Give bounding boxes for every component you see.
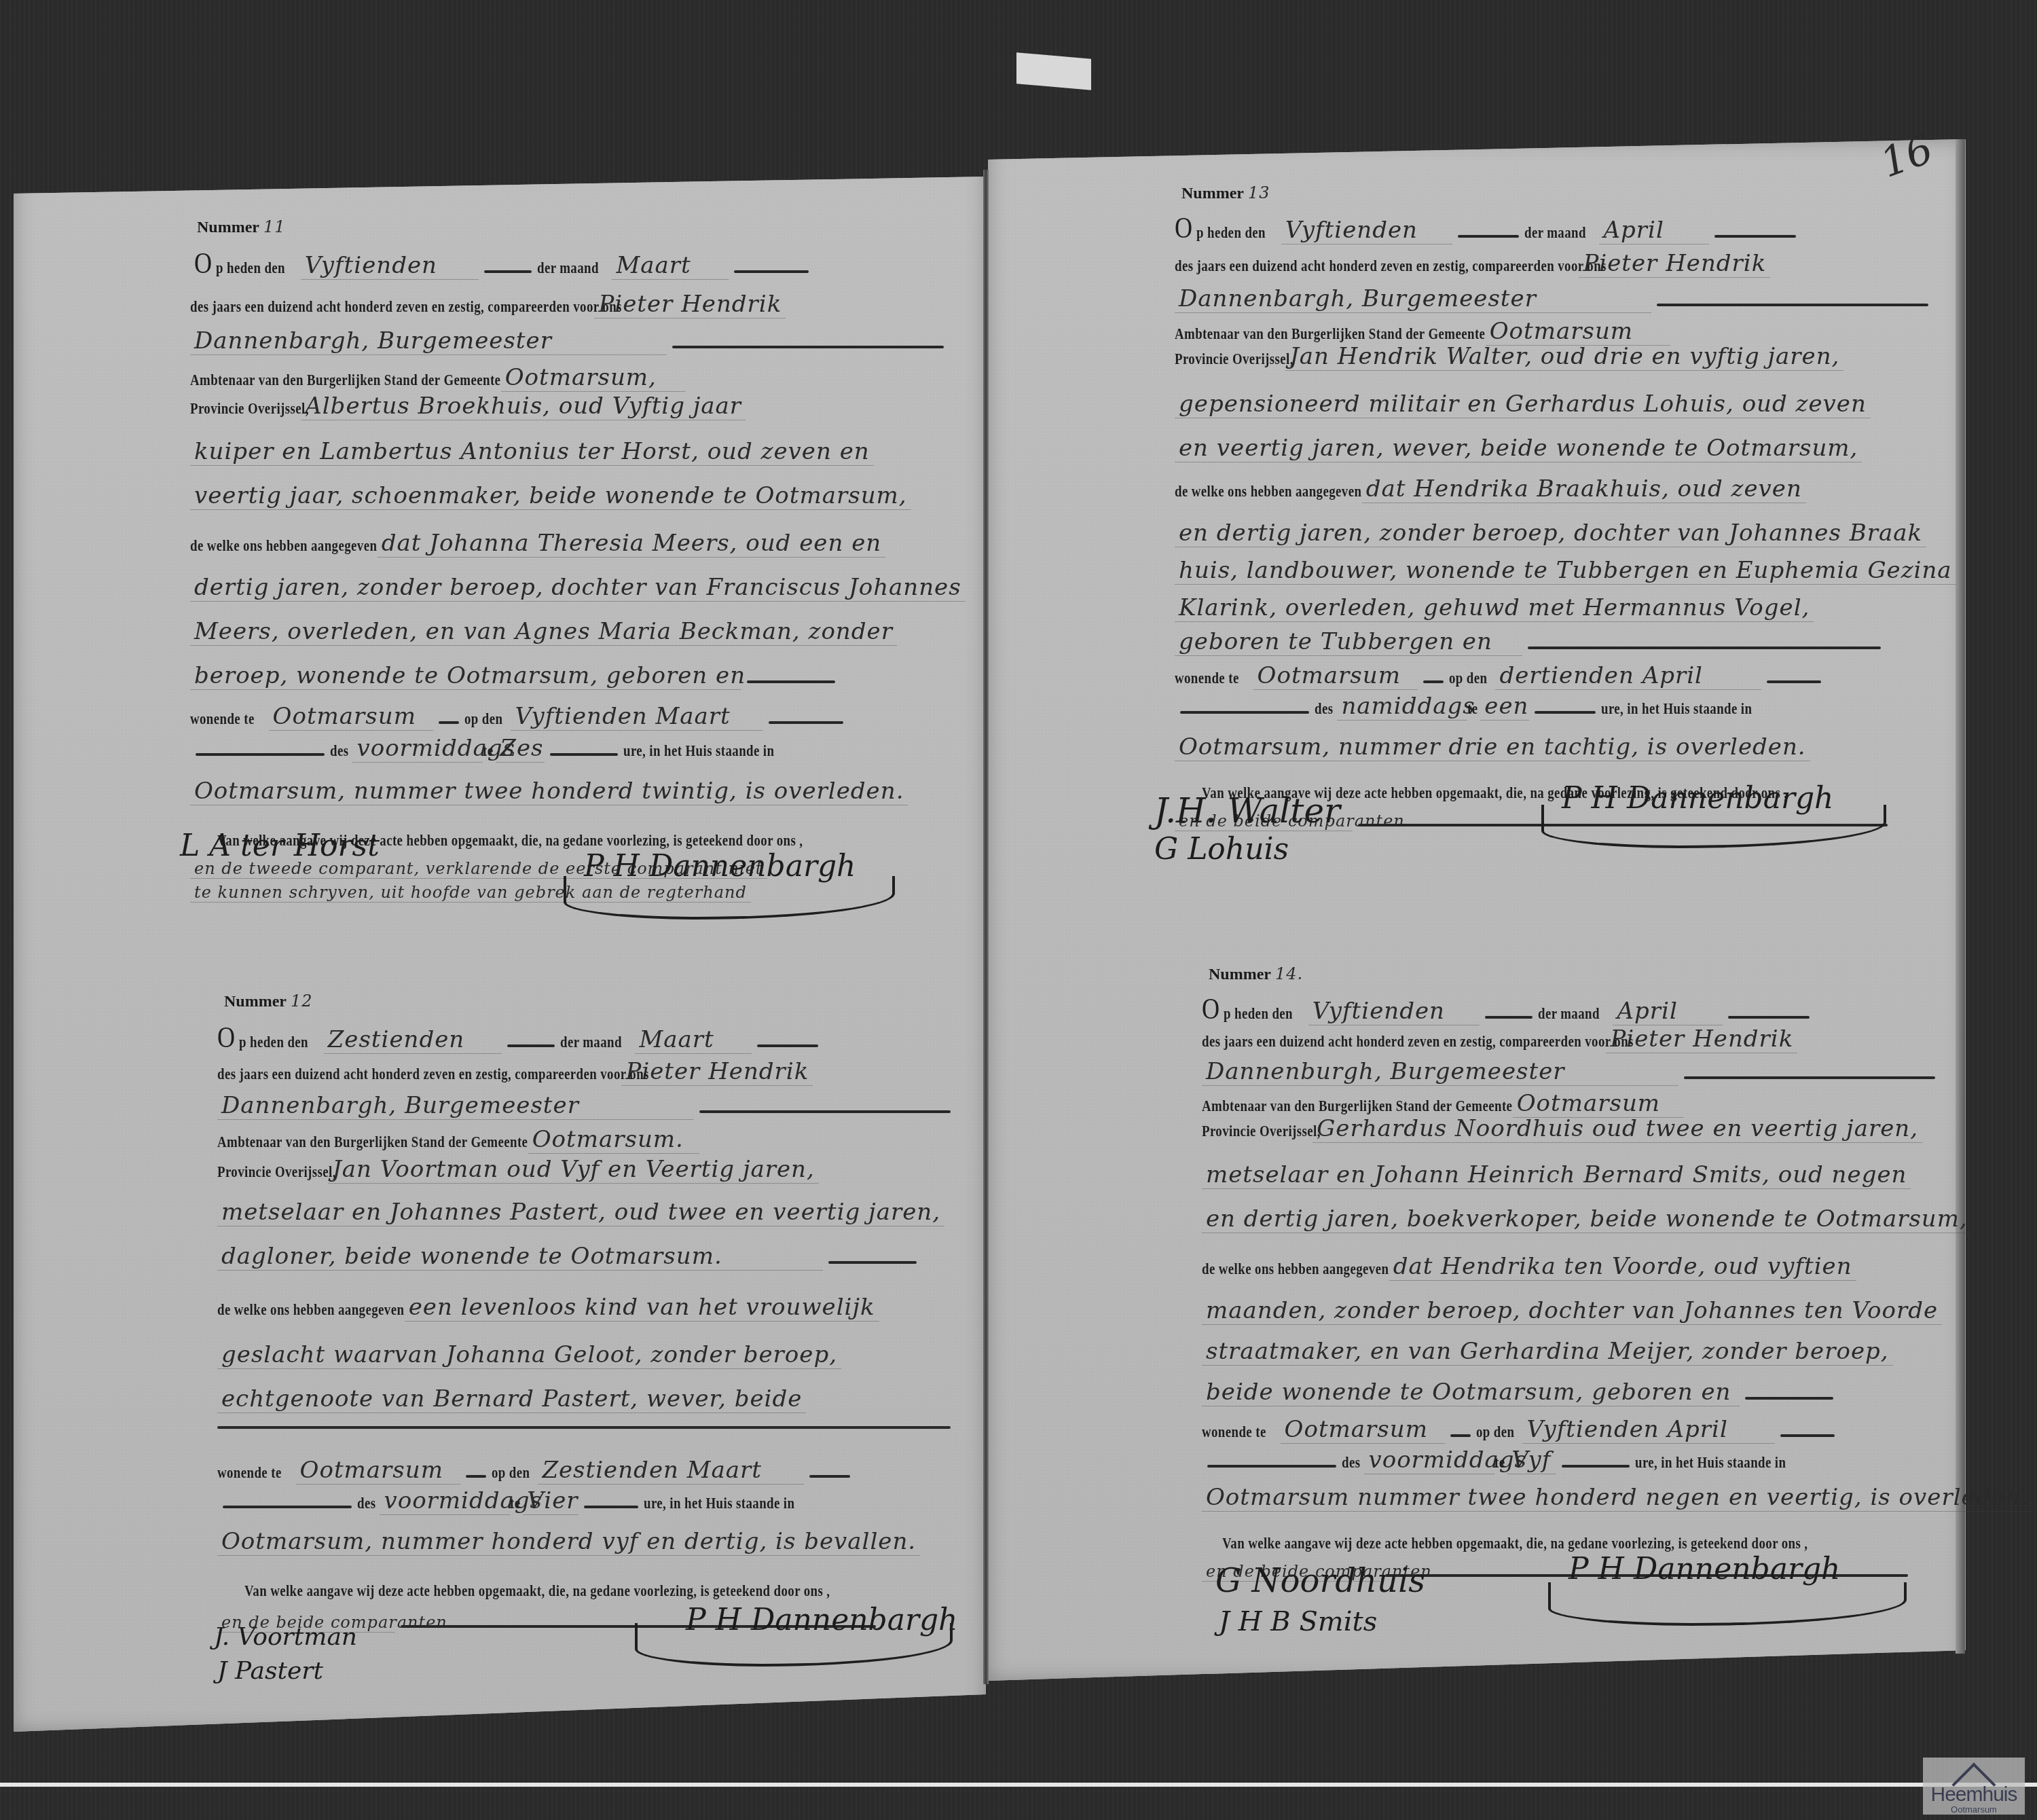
- comparant-line-2: kuiper en Lambertus Antonius ter Horst, …: [190, 438, 874, 466]
- des-label: des: [330, 742, 348, 760]
- aangegeven-label: de welke ons hebben aangegeven: [1202, 1260, 1389, 1278]
- book-gutter: [983, 170, 989, 1684]
- ambtenaar-label: Ambtenaar van den Burgerlijken Stand der…: [1202, 1097, 1512, 1115]
- date-field: dertienden April: [1495, 662, 1761, 690]
- dagdeel-field: namiddags: [1337, 693, 1467, 721]
- huis-line: Ootmarsum, nummer drie en tachtig, is ov…: [1175, 733, 1810, 761]
- comparant-line-1: Jan Voortman oud Vyf en Veertig jaren,: [328, 1156, 819, 1184]
- comparant-line-2: gepensioneerd militair en Gerhardus Lohu…: [1175, 390, 1871, 418]
- aangegeven-label: de welke ons hebben aangegeven: [190, 537, 377, 555]
- nummer-label: Nummer: [224, 993, 287, 1011]
- op-initial: O: [1175, 211, 1192, 245]
- record-number: 12: [287, 991, 317, 1011]
- aangegeven-label: de welke ons hebben aangegeven: [217, 1301, 404, 1319]
- comparant-line-1: Gerhardus Noordhuis oud twee en veertig …: [1313, 1115, 1922, 1143]
- official-name-1: Pieter Hendrik: [1606, 1025, 1797, 1053]
- ambtenaar-label: Ambtenaar van den Burgerlijken Stand der…: [190, 371, 500, 389]
- ambtenaar-label: Ambtenaar van den Burgerlijken Stand der…: [1175, 325, 1485, 343]
- uur-field: Vyf: [1507, 1446, 1556, 1474]
- date-field: Vyftienden Maart: [511, 703, 763, 731]
- signature-comparant-2: J H B Smits: [1219, 1606, 1377, 1637]
- der-maand-label: der maand: [537, 259, 599, 277]
- comparant-line-1: Albertus Broekhuis, oud Vyftig jaar: [301, 393, 746, 420]
- ambtenaar-label: Ambtenaar van den Burgerlijken Stand der…: [217, 1133, 528, 1151]
- signature-comparant-2: J Pastert: [217, 1657, 323, 1685]
- comparant-line-3: en dertig jaren, boekverkoper, beide won…: [1202, 1205, 1972, 1233]
- gemeente-field: Ootmarsum: [1513, 1090, 1684, 1118]
- op-den-label: op den: [1476, 1423, 1514, 1441]
- year-label: des jaars een duizend acht honderd zeven…: [1175, 257, 1607, 275]
- te-label: te: [510, 1495, 520, 1512]
- closing-label: Van welke aangave wij deze acte hebben o…: [244, 1582, 830, 1600]
- wonende-field: Ootmarsum: [296, 1457, 460, 1485]
- des-label: des: [1315, 700, 1333, 718]
- wonende-field: Ootmarsum: [1253, 662, 1418, 690]
- aangegeven-label: de welke ons hebben aangegeven: [1175, 483, 1361, 500]
- op-den-label: op den: [492, 1464, 530, 1482]
- aangegeven-line-1: een levenloos kind van het vrouwelijk: [405, 1294, 879, 1322]
- uur-field: Vier: [523, 1487, 579, 1515]
- uur-field: een: [1480, 693, 1529, 721]
- ure-label: ure, in het Huis staande in: [644, 1495, 794, 1512]
- te-label: te: [1467, 700, 1478, 718]
- official-name-2: Dannenbargh, Burgemeester: [217, 1092, 694, 1120]
- wonende-field: Ootmarsum: [269, 703, 433, 731]
- op-heden-label: p heden den: [216, 259, 285, 277]
- wonende-label: wonende te: [1202, 1423, 1266, 1441]
- scanner-edge-line: [0, 1783, 2037, 1787]
- signature-comparant-1: J. Voortman: [214, 1623, 357, 1651]
- day-field: Vyftienden: [301, 252, 479, 280]
- year-label: des jaars een duizend acht honderd zeven…: [217, 1066, 649, 1083]
- nummer-label: Nummer: [197, 219, 259, 237]
- comparant-line-3: dagloner, beide wonende te Ootmarsum.: [217, 1243, 823, 1271]
- der-maand-label: der maand: [560, 1034, 622, 1051]
- aangegeven-line-5: geboren te Tubbergen en: [1175, 628, 1522, 656]
- month-field: April: [1599, 217, 1709, 244]
- heemhuis-watermark: Heemhuis Ootmarsum: [1923, 1758, 2025, 1815]
- comparant-line-2: metselaar en Johannes Pastert, oud twee …: [217, 1199, 944, 1226]
- month-field: April: [1613, 998, 1723, 1025]
- dagdeel-field: voormiddags: [1364, 1446, 1494, 1474]
- nummer-label: Nummer: [1181, 185, 1244, 203]
- aangegeven-line-3: straatmaker, en van Gerhardina Meijer, z…: [1202, 1338, 1893, 1366]
- comparant-line-2: metselaar en Johann Heinrich Bernard Smi…: [1202, 1161, 1911, 1189]
- huis-line: Ootmarsum, nummer honderd vyf en dertig,…: [217, 1528, 920, 1556]
- date-field: Vyftienden April: [1522, 1416, 1775, 1444]
- day-field: Vyftienden: [1281, 217, 1452, 244]
- aangegeven-line-2: geslacht waarvan Johanna Geloot, zonder …: [217, 1341, 841, 1369]
- record-number: 11: [259, 217, 290, 236]
- op-heden-label: p heden den: [1224, 1005, 1293, 1023]
- te-label: te: [483, 742, 493, 760]
- aangegeven-line-2: maanden, zonder beroep, dochter van Joha…: [1202, 1297, 1942, 1325]
- ure-label: ure, in het Huis staande in: [1601, 700, 1752, 718]
- der-maand-label: der maand: [1538, 1005, 1600, 1023]
- des-label: des: [357, 1495, 375, 1512]
- wonende-field: Ootmarsum: [1281, 1416, 1445, 1444]
- gemeente-field: Ootmarsum: [1486, 318, 1670, 346]
- signature-comparant-1: J.H. Walter: [1154, 791, 1340, 831]
- day-field: Zestienden: [324, 1026, 502, 1054]
- day-field: Vyftienden: [1308, 998, 1480, 1025]
- provincie-label: Provincie Overijssel,: [217, 1163, 336, 1181]
- des-label: des: [1342, 1454, 1360, 1472]
- aangegeven-line-1: dat Johanna Theresia Meers, oud een en: [378, 530, 885, 558]
- official-name-1: Pieter Hendrik: [1579, 250, 1770, 278]
- aangegeven-line-3: huis, landbouwer, wonende te Tubbergen e…: [1175, 557, 1956, 585]
- official-name-1: Pieter Hendrik: [621, 1058, 813, 1086]
- dagdeel-field: voormiddags: [352, 735, 483, 763]
- signature-comparant: L A ter Horst: [180, 829, 380, 863]
- page-edge: [1956, 139, 1965, 1654]
- gemeente-field: Ootmarsum.: [528, 1126, 699, 1154]
- comparant-line-3: en veertig jaren, wever, beide wonende t…: [1175, 435, 1862, 462]
- blank-line: [217, 1426, 951, 1429]
- official-name-2: Dannenbargh, Burgemeester: [1175, 285, 1651, 313]
- year-label: des jaars een duizend acht honderd zeven…: [190, 298, 622, 316]
- month-field: Maart: [635, 1026, 752, 1054]
- huis-line: Ootmarsum, nummer twee honderd twintig, …: [190, 778, 908, 805]
- signature-comparant-1: G Noordhuis: [1215, 1562, 1425, 1600]
- op-initial: O: [194, 246, 212, 280]
- closing-label: Van welke aangave wij deze acte hebben o…: [1222, 1535, 1807, 1552]
- month-field: Maart: [612, 252, 729, 280]
- op-den-label: op den: [464, 710, 502, 728]
- aangegeven-line-1: dat Hendrika ten Voorde, oud vyftien: [1389, 1253, 1856, 1281]
- scanner-marker: [1016, 52, 1091, 90]
- official-name-2: Dannenburgh, Burgemeester: [1202, 1058, 1678, 1086]
- op-initial: O: [217, 1020, 235, 1055]
- signature-official: P H Dannenbargh: [1568, 1552, 1840, 1586]
- official-name-2: Dannenbargh, Burgemeester: [190, 327, 667, 355]
- year-label: des jaars een duizend acht honderd zeven…: [1202, 1033, 1634, 1051]
- comparant-line-1: Jan Hendrik Walter, oud drie en vyftig j…: [1285, 343, 1843, 371]
- aangegeven-line-4: Klarink, overleden, gehuwd met Hermannus…: [1175, 594, 1814, 622]
- date-field: Zestienden Maart: [538, 1457, 804, 1485]
- provincie-label: Provincie Overijssel,: [1175, 350, 1293, 368]
- nummer-label: Nummer: [1209, 966, 1271, 984]
- wonende-label: wonende te: [1175, 670, 1239, 687]
- op-heden-label: p heden den: [239, 1034, 308, 1051]
- official-name-1: Pieter Hendrik: [594, 291, 786, 318]
- huis-line: Ootmarsum nummer twee honderd negen en v…: [1202, 1484, 2033, 1512]
- op-heden-label: p heden den: [1196, 224, 1266, 242]
- op-den-label: op den: [1449, 670, 1487, 687]
- aangegeven-line-2: dertig jaren, zonder beroep, dochter van…: [190, 574, 966, 602]
- record-number: 14.: [1271, 964, 1307, 983]
- provincie-label: Provincie Overijssel,: [190, 400, 309, 418]
- gemeente-field: Ootmarsum,: [501, 364, 686, 392]
- signature-comparant-2: G Lohuis: [1154, 832, 1289, 867]
- comparant-line-3: veertig jaar, schoenmaker, beide wonende…: [190, 482, 911, 510]
- uur-field: Zes: [496, 735, 545, 763]
- record-number: 13: [1244, 183, 1274, 202]
- provincie-label: Provincie Overijssel,: [1202, 1123, 1321, 1140]
- aangegeven-line-3: Meers, overleden, en van Agnes Maria Bec…: [190, 618, 897, 646]
- dagdeel-field: voormiddags: [380, 1487, 510, 1515]
- wonende-label: wonende te: [217, 1464, 282, 1482]
- aangegeven-line-1: dat Hendrika Braakhuis, oud zeven: [1362, 475, 1806, 503]
- aangegeven-line-4: beroep, wonende te Ootmarsum, geboren en: [190, 662, 741, 690]
- aangegeven-line-3: echtgenoote van Bernard Pastert, wever, …: [217, 1385, 806, 1413]
- wonende-label: wonende te: [190, 710, 255, 728]
- aangegeven-line-2: en dertig jaren, zonder beroep, dochter …: [1175, 520, 1926, 547]
- ure-label: ure, in het Huis staande in: [623, 742, 774, 760]
- der-maand-label: der maand: [1524, 224, 1586, 242]
- aangegeven-line-4: beide wonende te Ootmarsum, geboren en: [1202, 1379, 1740, 1406]
- op-initial: O: [1202, 991, 1219, 1026]
- ure-label: ure, in het Huis staande in: [1635, 1454, 1786, 1472]
- te-label: te: [1494, 1454, 1505, 1472]
